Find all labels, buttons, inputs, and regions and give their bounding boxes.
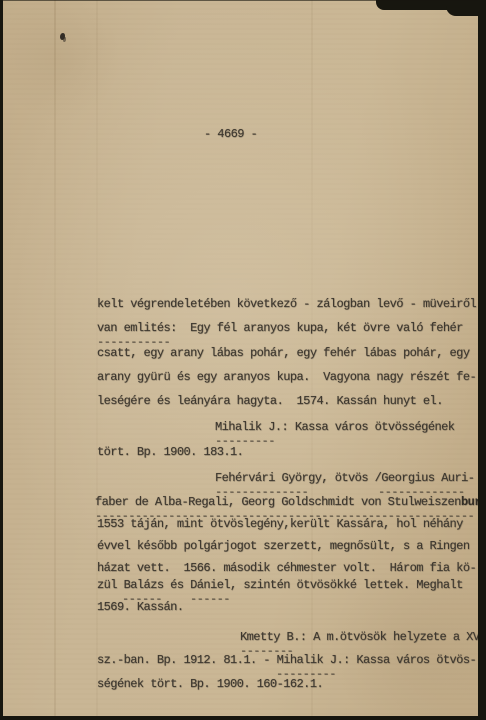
paper-crease bbox=[54, 0, 56, 720]
scanned-page: - 4669 - kelt végrendeletében következő … bbox=[0, 0, 486, 720]
text-line: leségére és leányára hagyta. 1574. Kassá… bbox=[97, 394, 443, 408]
text-line: zül Balázs és Dániel, szintén ötvösökké … bbox=[97, 578, 463, 592]
citation-line: Kmetty B.: A m.ötvösök helyzete a XVI. bbox=[240, 630, 486, 644]
text-line: van emlités: Egy fél aranyos kupa, két ö… bbox=[97, 321, 463, 335]
paper-crease bbox=[311, 0, 313, 720]
page-number: - 4669 - bbox=[204, 127, 257, 141]
text-line: 1553 táján, mint ötvöslegény,került Kass… bbox=[97, 517, 463, 531]
text-line: Fehérvári György, ötvös /Georgius Auri- bbox=[215, 471, 474, 485]
underline-dashes: ------ bbox=[190, 592, 230, 606]
citation-line: tört. Bp. 1900. 183.1. bbox=[97, 445, 243, 459]
text-line: 1569. Kassán. bbox=[97, 600, 183, 614]
text-line: évvel később polgárjogot szerzett, megnő… bbox=[97, 539, 469, 553]
scan-edge-left bbox=[0, 0, 3, 720]
ink-blot bbox=[60, 33, 65, 40]
scan-edge-right bbox=[478, 0, 486, 720]
scan-edge-bottom bbox=[0, 716, 486, 720]
text-line: házat vett. 1566. második céhmester volt… bbox=[97, 561, 476, 575]
citation-line: ségének tört. Bp. 1900. 160-162.1. bbox=[97, 677, 323, 691]
text-line: csatt, egy arany lábas pohár, egy fehér … bbox=[97, 346, 469, 360]
text-line: faber de Alba-Regali, Georg Goldschmidt … bbox=[95, 495, 461, 509]
text-line: arany gyürü és egy aranyos kupa. Vagyona… bbox=[97, 370, 476, 384]
citation-line: sz.-ban. Bp. 1912. 81.1. - Mihalik J.: K… bbox=[97, 653, 476, 667]
citation-line: Mihalik J.: Kassa város ötvösségének bbox=[215, 420, 454, 434]
text-line: kelt végrendeletében következő - zálogba… bbox=[97, 297, 476, 311]
scan-edge-top bbox=[0, 0, 486, 1]
